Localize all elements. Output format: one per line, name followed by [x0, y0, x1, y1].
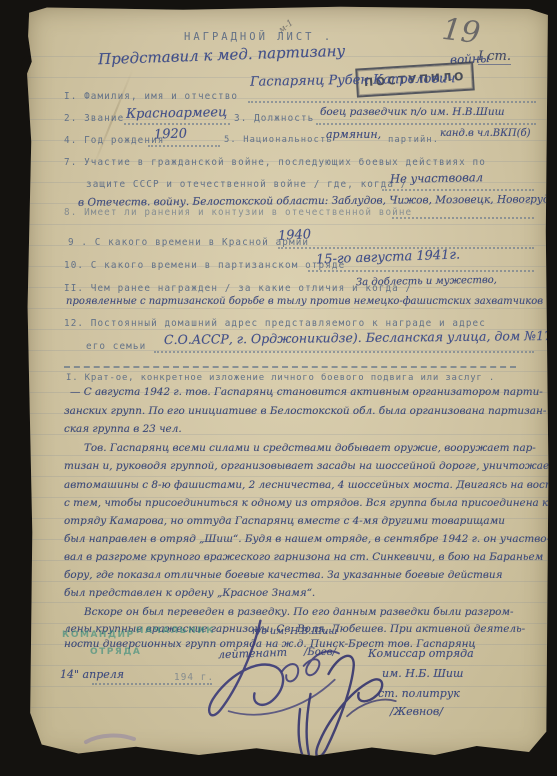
ink-smudge: [82, 732, 142, 748]
story-line: занских групп. По его инициативе в Белос…: [64, 405, 546, 417]
field-3-value: боец разведчик п/о им. Н.В.Шиш: [320, 106, 505, 118]
story-line: был направлен в отряд „Шиш“. Будя в наше…: [64, 533, 550, 545]
story-line: вал в разгроме крупного вражеского гарни…: [64, 551, 543, 563]
story-line: ская группа в 23 чел.: [64, 423, 182, 435]
story-line: был представлен к ордену „Красное Знамя“…: [64, 587, 315, 599]
story-line: тизан и, руководя группой, организовывае…: [64, 460, 557, 472]
dotted-leader: [124, 122, 230, 125]
field-7-value: Не участвовал: [390, 170, 483, 186]
dotted-leader: [382, 188, 534, 191]
field-9-label: 9 . С какого времени в Красной армии: [68, 237, 309, 248]
dotted-leader: [392, 216, 534, 219]
field-4-value: 1920: [154, 126, 188, 142]
right-name: /Жевнов/: [390, 705, 443, 718]
field-6-label: партийн.: [388, 135, 439, 145]
story-line: бору, где показал отличные боевые качест…: [64, 569, 502, 581]
field-5-label: 5. Национальность: [224, 135, 333, 145]
degree-mark: I ст.: [478, 49, 511, 65]
dotted-leader: [148, 144, 220, 147]
signing-date: 14" апреля: [60, 668, 124, 681]
section-divider: [64, 366, 516, 368]
field-11-value-line2: проявленные с партизанской борьбе в тылу…: [66, 296, 543, 307]
right-rank: ст. политрук: [378, 687, 460, 700]
page-number: 19: [440, 12, 482, 51]
field-12-label-line1: 12. Постоянный домашний адрес представля…: [64, 318, 486, 329]
field-3-label: 3. Должность: [234, 113, 314, 124]
field-2-value: Красноармеец: [126, 105, 227, 122]
story-line: автомашины с 8-ю фашистами, 2 лесничеств…: [64, 479, 557, 491]
field-2-label: 2. Звание: [64, 113, 124, 124]
field-6-value: канд.в чл.ВКП(б): [440, 128, 531, 139]
story-line: Вскоре он был переведен в разведку. По е…: [84, 606, 514, 618]
document-page: м-1 19 НАГРАДНОЙ ЛИСТ . Представил к мед…: [26, 6, 550, 758]
field-10-label: 10. С какого времени в партизанском отря…: [64, 260, 345, 271]
rank-left: лейтенант: [218, 646, 287, 661]
field-9-value: 1940: [278, 227, 312, 244]
field-1-label: I. Фамилия, имя и отчество: [64, 91, 238, 102]
field-5-value: армянин,: [326, 128, 381, 141]
story-line: Тов. Гаспарянц всеми силами и средствами…: [84, 442, 536, 454]
story-line: — С августа 1942 г. тов. Гаспарянц стано…: [70, 386, 543, 398]
field-12-label-line2: его семьи: [86, 341, 146, 352]
field-8-label: 8. Имеет ли ранения и контузии в отечест…: [64, 207, 412, 218]
right-unit: им. Н.Б. Шиш: [382, 667, 463, 680]
dotted-leader: [92, 682, 212, 685]
story-line: отряду Камарова, но оттуда Гаспарянц вме…: [64, 515, 505, 527]
dotted-leader: [308, 269, 534, 272]
unit-note: п/о им. Н.В.Шиш: [252, 626, 337, 637]
commander-stamp-word2: НАЧАЛЬНИК: [136, 626, 215, 636]
field-7-label-line1: 7. Участие в гражданской войне, последую…: [64, 157, 486, 168]
story-line: с тем, чтобы присоединиться к одному из …: [64, 497, 548, 509]
dotted-leader: [154, 350, 534, 353]
commander-stamp-word1: КОМАНДИР: [62, 630, 135, 640]
dotted-leader: [316, 122, 536, 125]
field-7-label-line2: защите СССР и отечественной войне / где,…: [86, 179, 407, 190]
dotted-leader: [248, 100, 536, 103]
scan-background: м-1 19 НАГРАДНОЙ ЛИСТ . Представил к мед…: [0, 0, 557, 776]
section-heading: I. Крат-ое, конкретное изложение личного…: [66, 373, 495, 383]
form-title: НАГРАДНОЙ ЛИСТ .: [184, 31, 333, 43]
right-title: Комиссар отряда: [368, 647, 474, 660]
commander-stamp-word3: ОТРЯДА: [90, 647, 141, 657]
name-left: /Боев/: [304, 647, 336, 658]
